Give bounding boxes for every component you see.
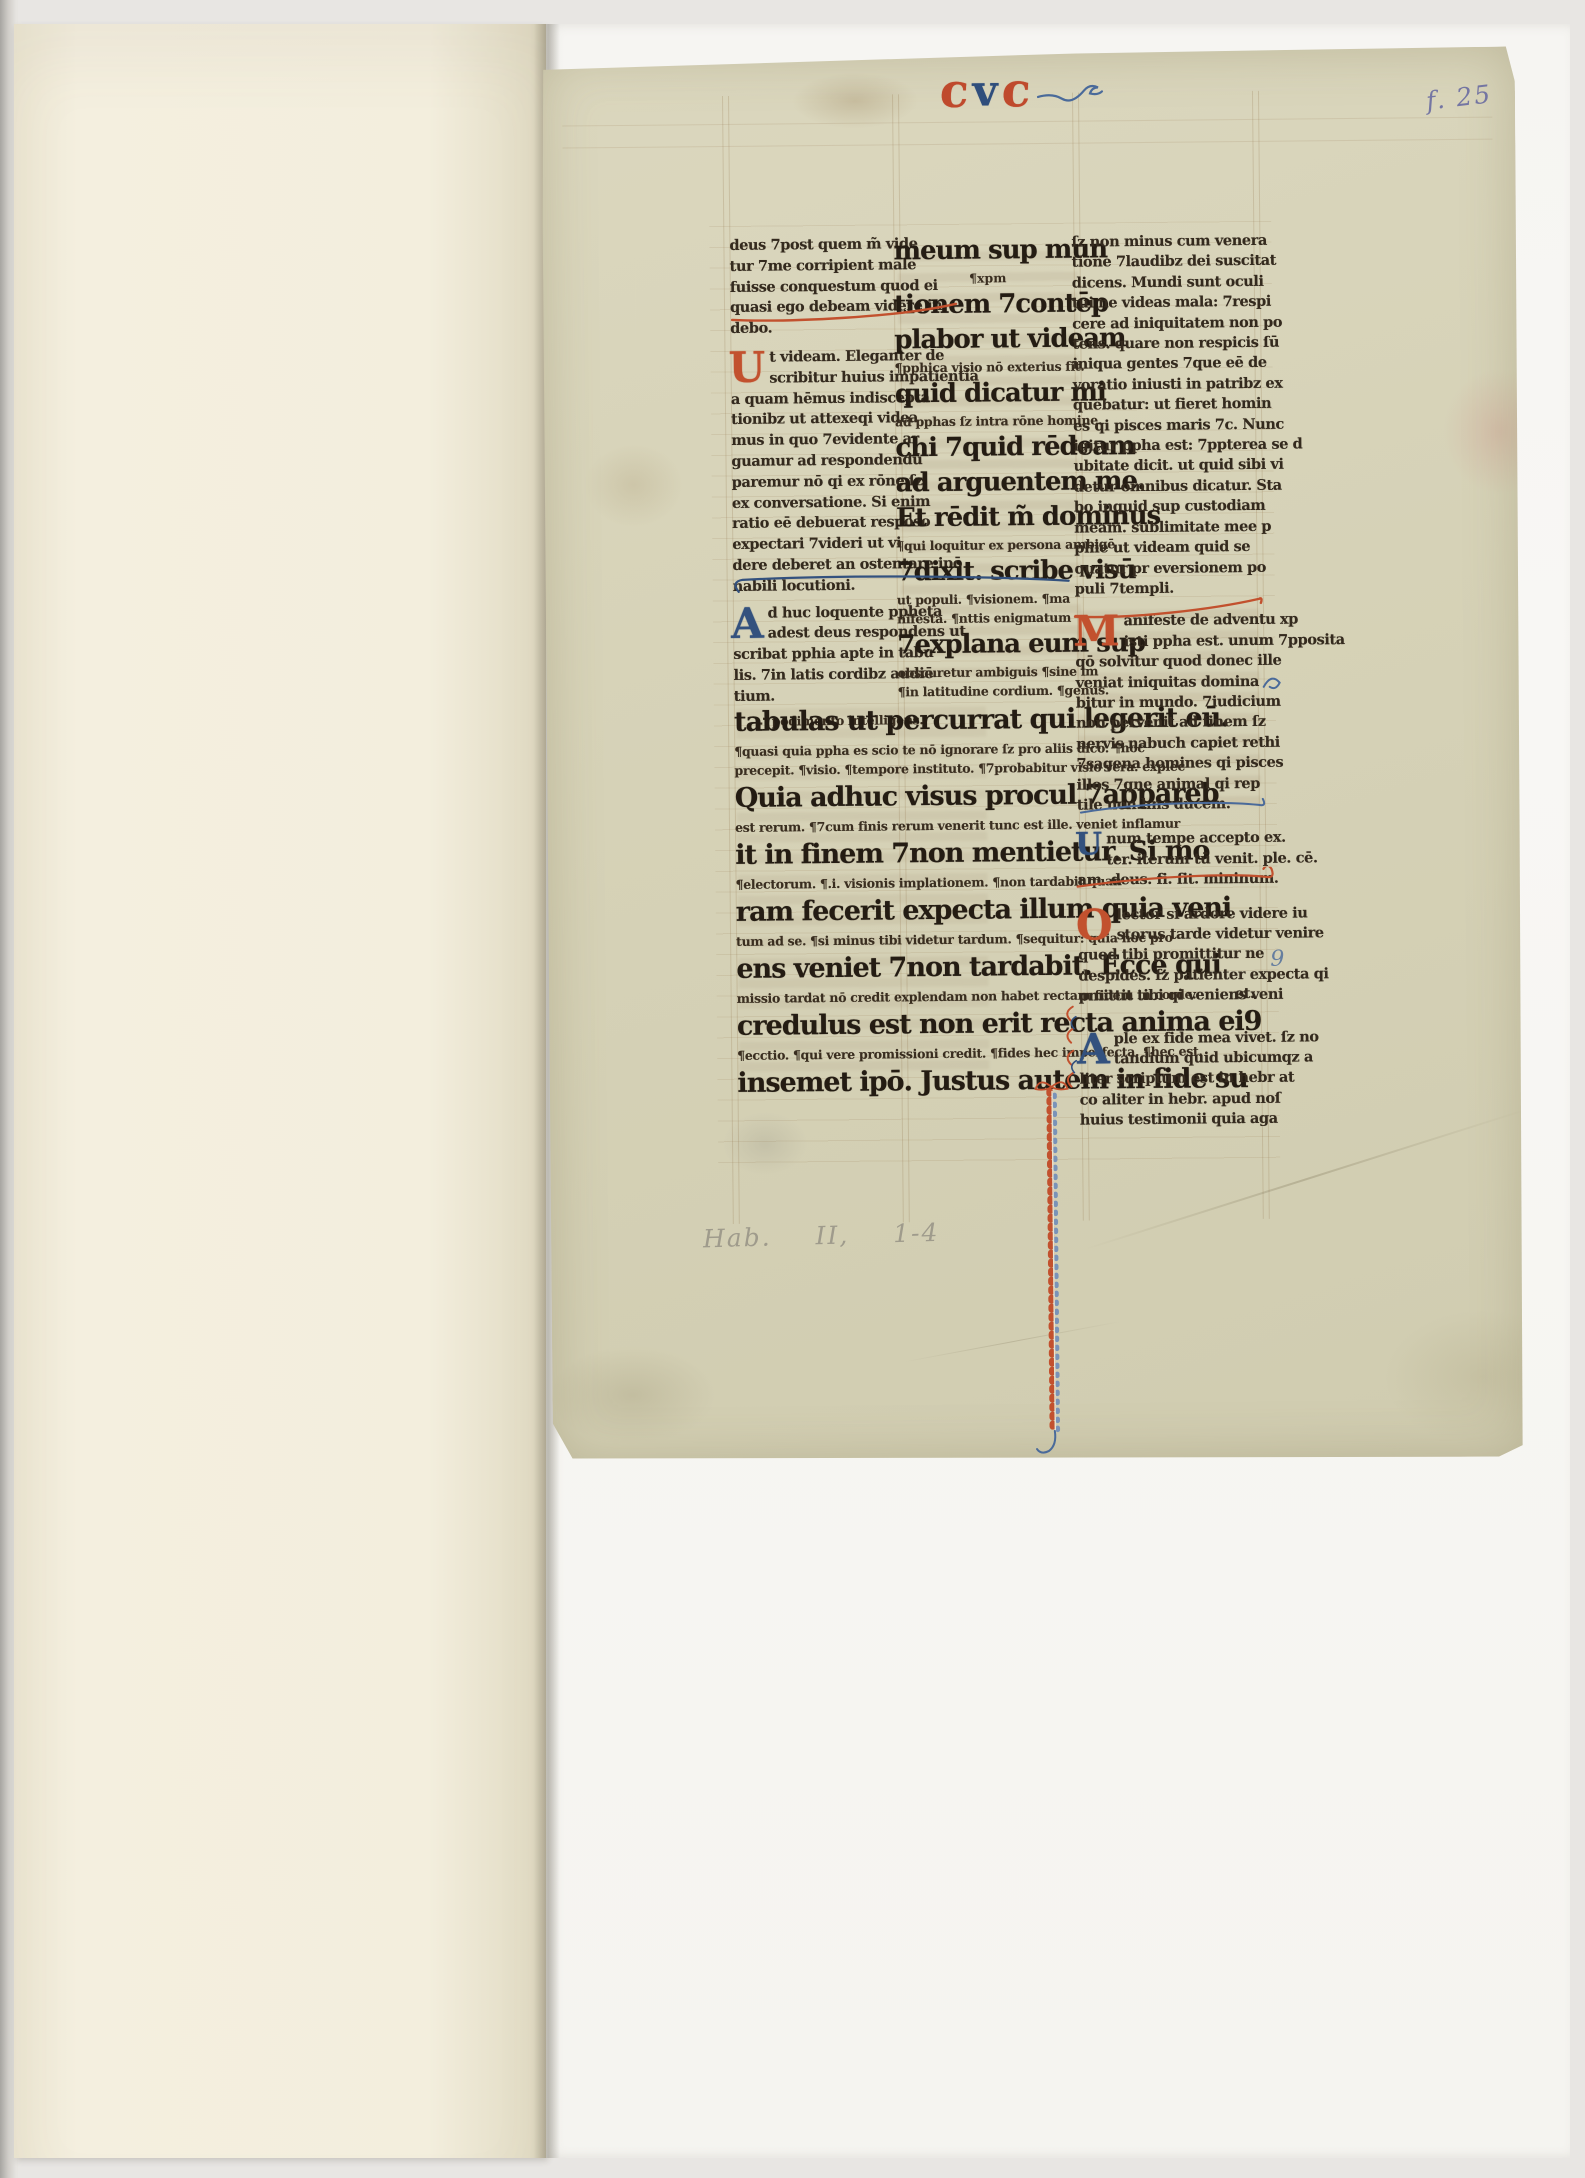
text-line: voratio iniusti in patribz ex [1073,374,1261,396]
text-line: meum sup mun [893,233,1081,270]
head-rule [562,139,1492,149]
text-line: cere ad iniquitatem non po [1072,312,1260,334]
text-line: it in finem 7non mentietur. Si mo [735,834,1089,875]
rubric-initial-A: A [731,605,764,641]
text-line: ſz non minus cum venera [1071,231,1259,253]
text-line: quid dicatur mi [895,376,1083,413]
gloss-paragraph: U t videam. Eleganter describitur huius … [730,346,902,597]
text-line: ¶xpm [894,268,1082,289]
folio-number: f. 25 [1425,79,1494,115]
text-line: 7sagena homines qi pisces [1076,753,1264,775]
text-line: meam. sublimitate mee p [1074,517,1262,539]
text-line: ubitate dicit. ut quid sibi vi [1073,455,1261,477]
header-letter-red: c [938,64,972,120]
text-line: num tempe accepto ex. [1077,828,1265,850]
catchword-et: et. [1079,984,1255,1006]
text-line: tione 7laudibz dei suscitat [1072,251,1260,273]
rubric-initial-U: U [728,350,765,386]
text-line: quod tibi promittitur ne [1078,944,1266,966]
text-line: nifesta. ¶nttis enigmatum [897,608,1085,629]
text-line: ad pphas ſz intra rōne homine. [895,411,1083,432]
vellum-leaf: c v c f. 25 deus 7post quem m̃ videtur 7… [540,46,1528,1465]
text-line: expectari 7videri ut vi [732,533,902,555]
text-line: illos 7qne animal qi rep [1077,773,1265,795]
text-line: ens veniet 7non tardabit. Ecce qui [736,948,1090,989]
text-line: ¶qui loquitur ex persona ambigē [896,535,1084,556]
text-line: qō solvitur quod donec ille [1075,651,1263,673]
rubric-initial-U: U [1075,832,1102,859]
text-line: tur 7me corripient male [730,255,900,277]
text-line: iniqua gentes 7que eē de [1073,353,1261,375]
text-line: co aliter in hebr. apud noſ [1080,1089,1268,1111]
gloss-paragraph: ſz non minus cum veneratione 7laudibz de… [1071,231,1263,600]
red-pen-flourish [1073,595,1269,623]
blue-pen-flourish [1073,797,1273,819]
text-line: bo inquid sup custodiam [1074,496,1262,518]
gloss-paragraph: M anifeste de adventu xpisti ppha est. u… [1075,610,1265,816]
text-line: 7explana eum sup [897,627,1085,664]
text-line: ¶in latitudine cordium. ¶genus. [898,681,1086,702]
text-line: guamur ad respondendū [731,450,901,472]
text-line: phie ut videam quid se [1074,537,1262,559]
text-line: Et rēdit m̃ dominus [896,500,1084,537]
text-line: plabor ut videam [894,322,1082,359]
text-line: fuisse conquestum quod ei [730,276,900,298]
text-line: dicens. Mundi sunt oculi [1072,272,1260,294]
text-line: a quam hēmus indiscepta [731,388,901,410]
text-line: huius testimonii quia aga [1080,1109,1268,1131]
header-letter-red: c [1000,63,1034,119]
red-pen-flourish [728,298,964,326]
text-line: ratio eē debuerat respōso [732,513,902,535]
text-line: igitur ppha est: 7ppterea se d [1073,435,1261,457]
text-line: tabulas ut percurrat qui legerit eū. [734,701,1088,742]
bible-block-wide: tabulas ut percurrat qui legerit eū.¶qua… [734,701,1092,1103]
text-line: credulus est non erit recta anima ei9 [737,1005,1091,1046]
text-line: ad arguentem me. [896,465,1084,502]
pencil-annotation: Hab. II, 1-4 [703,1218,940,1253]
running-header: c v c [940,62,1107,124]
text-line: detur omnibus dicatur. Sta [1074,476,1262,498]
text-line: quebatur: ut fieret homin [1073,394,1261,416]
text-line: bitur in mundo. 7iudicium [1076,692,1264,714]
text-line: dere deberet an ostentare ipō [732,554,902,576]
text-line: obscuretur ambiguis ¶sine im [897,662,1085,683]
header-letter-blue: v [970,63,1002,119]
text-line: tui ne videas mala: 7respi [1072,292,1260,314]
blue-pen-flourish [729,573,1077,598]
gloss-paragraph: A d huc loquente pphetaadest deus respon… [733,602,904,708]
text-line: non pervenit ad finem ſz [1076,712,1264,734]
text-line: tens. quare non respicis ſū [1072,333,1260,355]
text-line: chi 7quid rēdeam [895,430,1083,467]
red-pen-flourish [1073,867,1281,895]
text-line: deus 7post quem m̃ vide [729,234,899,256]
gloss-paragraph: A ple ex fide mea vivet. ſz notandium qu… [1079,1027,1268,1131]
text-line: ram fecerit expecta illum quia veni [736,891,1090,932]
text-line: ¶pphica visio nō exterius fit. [895,357,1083,378]
crease [904,1321,1120,1362]
text-line: quatur pr eversionem po [1074,557,1262,579]
margin-squiggle-icon [1262,671,1292,693]
text-line: lis. 7in latis cordibz audiē [733,664,903,686]
manuscript-scan: c v c f. 25 deus 7post quem m̃ videtur 7… [0,0,1585,2178]
rubric-initial-O: O [1076,907,1113,943]
text-line: liter scriptum est in hebr at [1079,1068,1267,1090]
album-blank-page [14,24,546,2158]
text-line: es qi pisces maris 7c. Nunc [1073,415,1261,437]
text-line: Quia adhuc visus procul 7appareb [735,777,1089,818]
text-line: veniat iniquitas domina [1076,671,1264,693]
margin-mark: 9 [1270,947,1284,972]
text-line: scribat pphia apte in tabu [733,643,903,665]
rubric-initial-A: A [1077,1031,1110,1067]
header-flourish-icon [1036,76,1106,117]
text-line: mus in quo 7evidente ar [731,429,901,451]
text-line: nervis nabuch capiet rethi [1076,733,1264,755]
text-line: ex conversatione. Si enim [732,492,902,514]
text-line: tionibz ut attexeqi videa [731,409,901,431]
text-line: paremur nō qi ex rōne ſz [732,471,902,493]
descender-flourish [1031,1079,1075,1461]
